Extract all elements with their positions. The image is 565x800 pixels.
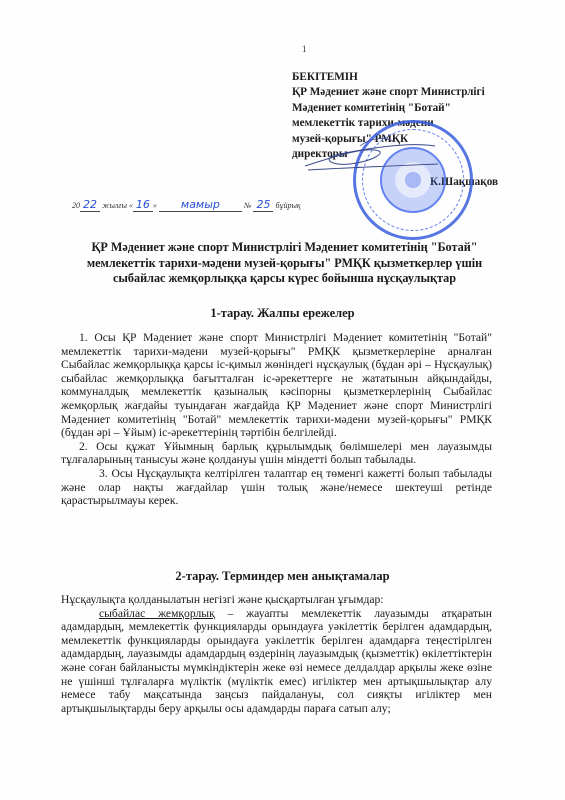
- section-1-body: 1. Осы ҚР Мәдениет және спорт Министрліг…: [61, 331, 492, 508]
- number-handwritten: 25: [253, 198, 273, 212]
- title-line: ҚР Мәдениет және спорт Министрлігі Мәден…: [62, 240, 507, 256]
- year-prefix: 20: [72, 201, 80, 210]
- day-handwritten: 16: [133, 198, 153, 212]
- paragraph-2: 2. Осы құжат Ұйымның барлық құрылымдық б…: [61, 440, 492, 467]
- day-close: »: [153, 201, 157, 210]
- approval-line: ҚР Мәдениет және спорт Министрлігі: [292, 85, 562, 100]
- year-label: жылғы «: [102, 201, 133, 210]
- number-label: №: [244, 201, 252, 210]
- definition-term: сыбайлас жемқорлық: [99, 607, 215, 620]
- title-line: мемлекеттік тарихи-мәдени музей-қорығы" …: [62, 256, 507, 272]
- year-handwritten: 22: [80, 198, 100, 212]
- order-word: бұйрық: [275, 201, 300, 210]
- definitions-intro: Нұсқаулықта қолданылатын негізгі және қы…: [61, 593, 492, 607]
- paragraph-1: 1. Осы ҚР Мәдениет және спорт Министрліг…: [61, 331, 492, 440]
- month-handwritten: мамыр: [159, 198, 242, 212]
- paragraph-3: 3. Осы Нұсқаулықта келтірілген талаптар …: [61, 467, 492, 508]
- section-2-heading: 2-тарау. Терминдер мен анықтамалар: [0, 569, 565, 584]
- title-line: сыбайлас жемқорлыққа қарсы күрес бойынша…: [62, 271, 507, 287]
- approval-line: Мәдениет комитетінің "Ботай": [292, 101, 562, 116]
- order-line: 2022 жылғы «16» мамыр № 25 бұйрық: [72, 198, 301, 211]
- page-number: 1: [302, 44, 307, 54]
- section-2-body: Нұсқаулықта қолданылатын негізгі және қы…: [61, 593, 492, 715]
- approval-heading: БЕКІТЕМІН: [292, 70, 562, 85]
- definition-text: – жауапты мемлекеттік лауазымды атқараты…: [61, 607, 492, 715]
- document-page: 1 БЕКІТЕМІН ҚР Мәдениет және спорт Минис…: [0, 0, 565, 800]
- definition-item: сыбайлас жемқорлық – жауапты мемлекеттік…: [61, 607, 492, 716]
- section-1-heading: 1-тарау. Жалпы ережелер: [0, 306, 565, 321]
- document-title: ҚР Мәдениет және спорт Министрлігі Мәден…: [62, 240, 507, 287]
- signature-icon: [300, 128, 440, 178]
